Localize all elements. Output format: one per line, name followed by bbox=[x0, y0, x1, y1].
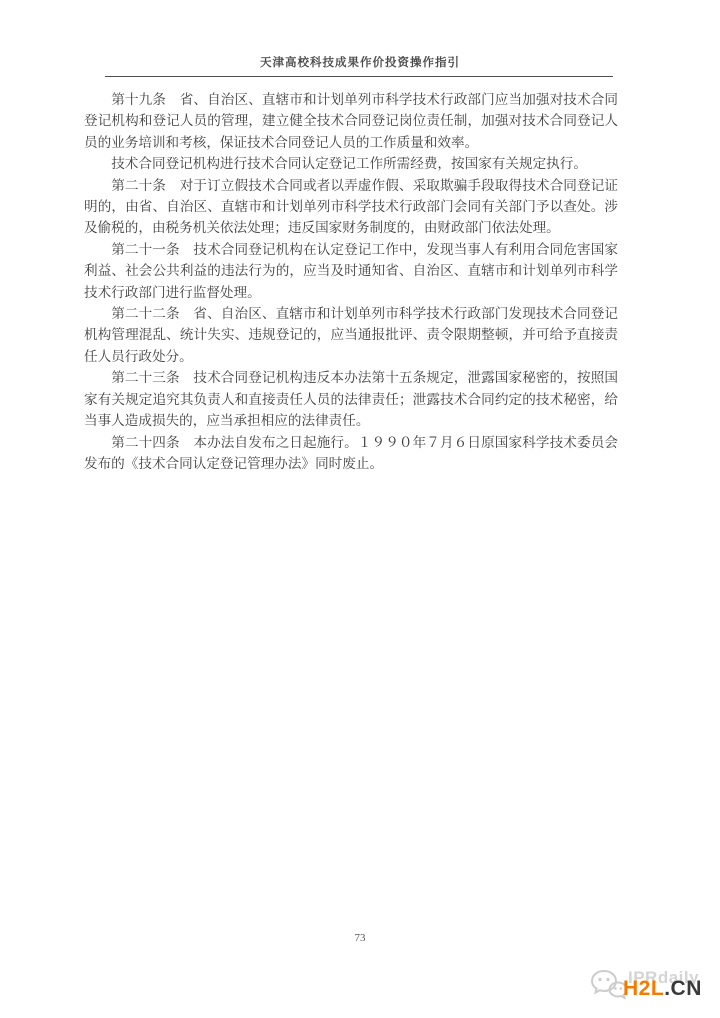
watermark-brand-suffix: .CN bbox=[664, 977, 702, 1000]
document-header-title: 天津高校科技成果作价投资操作指引 bbox=[0, 54, 720, 70]
site-watermark: IPRdaily H2L.CN bbox=[590, 964, 718, 1008]
page-header: 天津高校科技成果作价投资操作指引 bbox=[0, 0, 720, 70]
watermark-brand: H2L.CN bbox=[623, 977, 702, 1001]
paragraph-article-19: 第十九条 省、自治区、直辖市和计划单列市科学技术行政部门应当加强对技术合同登记机… bbox=[84, 89, 618, 153]
paragraph-article-23: 第二十三条 技术合同登记机构违反本办法第十五条规定，泄露国家秘密的，按照国家有关… bbox=[84, 367, 618, 431]
paragraph-article-24: 第二十四条 本办法自发布之日起施行。１９９０年７月６日原国家科学技术委员会发布的… bbox=[84, 432, 618, 475]
paragraph-article-22: 第二十二条 省、自治区、直辖市和计划单列市科学技术行政部门发现技术合同登记机构管… bbox=[84, 303, 618, 367]
paragraph-funding: 技术合同登记机构进行技术合同认定登记工作所需经费，按国家有关规定执行。 bbox=[84, 153, 618, 174]
header-divider bbox=[105, 76, 613, 77]
paragraph-article-20: 第二十条 对于订立假技术合同或者以弄虚作假、采取欺骗手段取得技术合同登记证明的，… bbox=[84, 175, 618, 239]
page-number: 73 bbox=[0, 932, 720, 944]
watermark-brand-primary: H2L bbox=[623, 977, 664, 1000]
paragraph-article-21: 第二十一条 技术合同登记机构在认定登记工作中，发现当事人有利用合同危害国家利益、… bbox=[84, 239, 618, 303]
document-page: 天津高校科技成果作价投资操作指引 第十九条 省、自治区、直辖市和计划单列市科学技… bbox=[0, 0, 720, 1018]
document-body: 第十九条 省、自治区、直辖市和计划单列市科学技术行政部门应当加强对技术合同登记机… bbox=[84, 89, 618, 474]
